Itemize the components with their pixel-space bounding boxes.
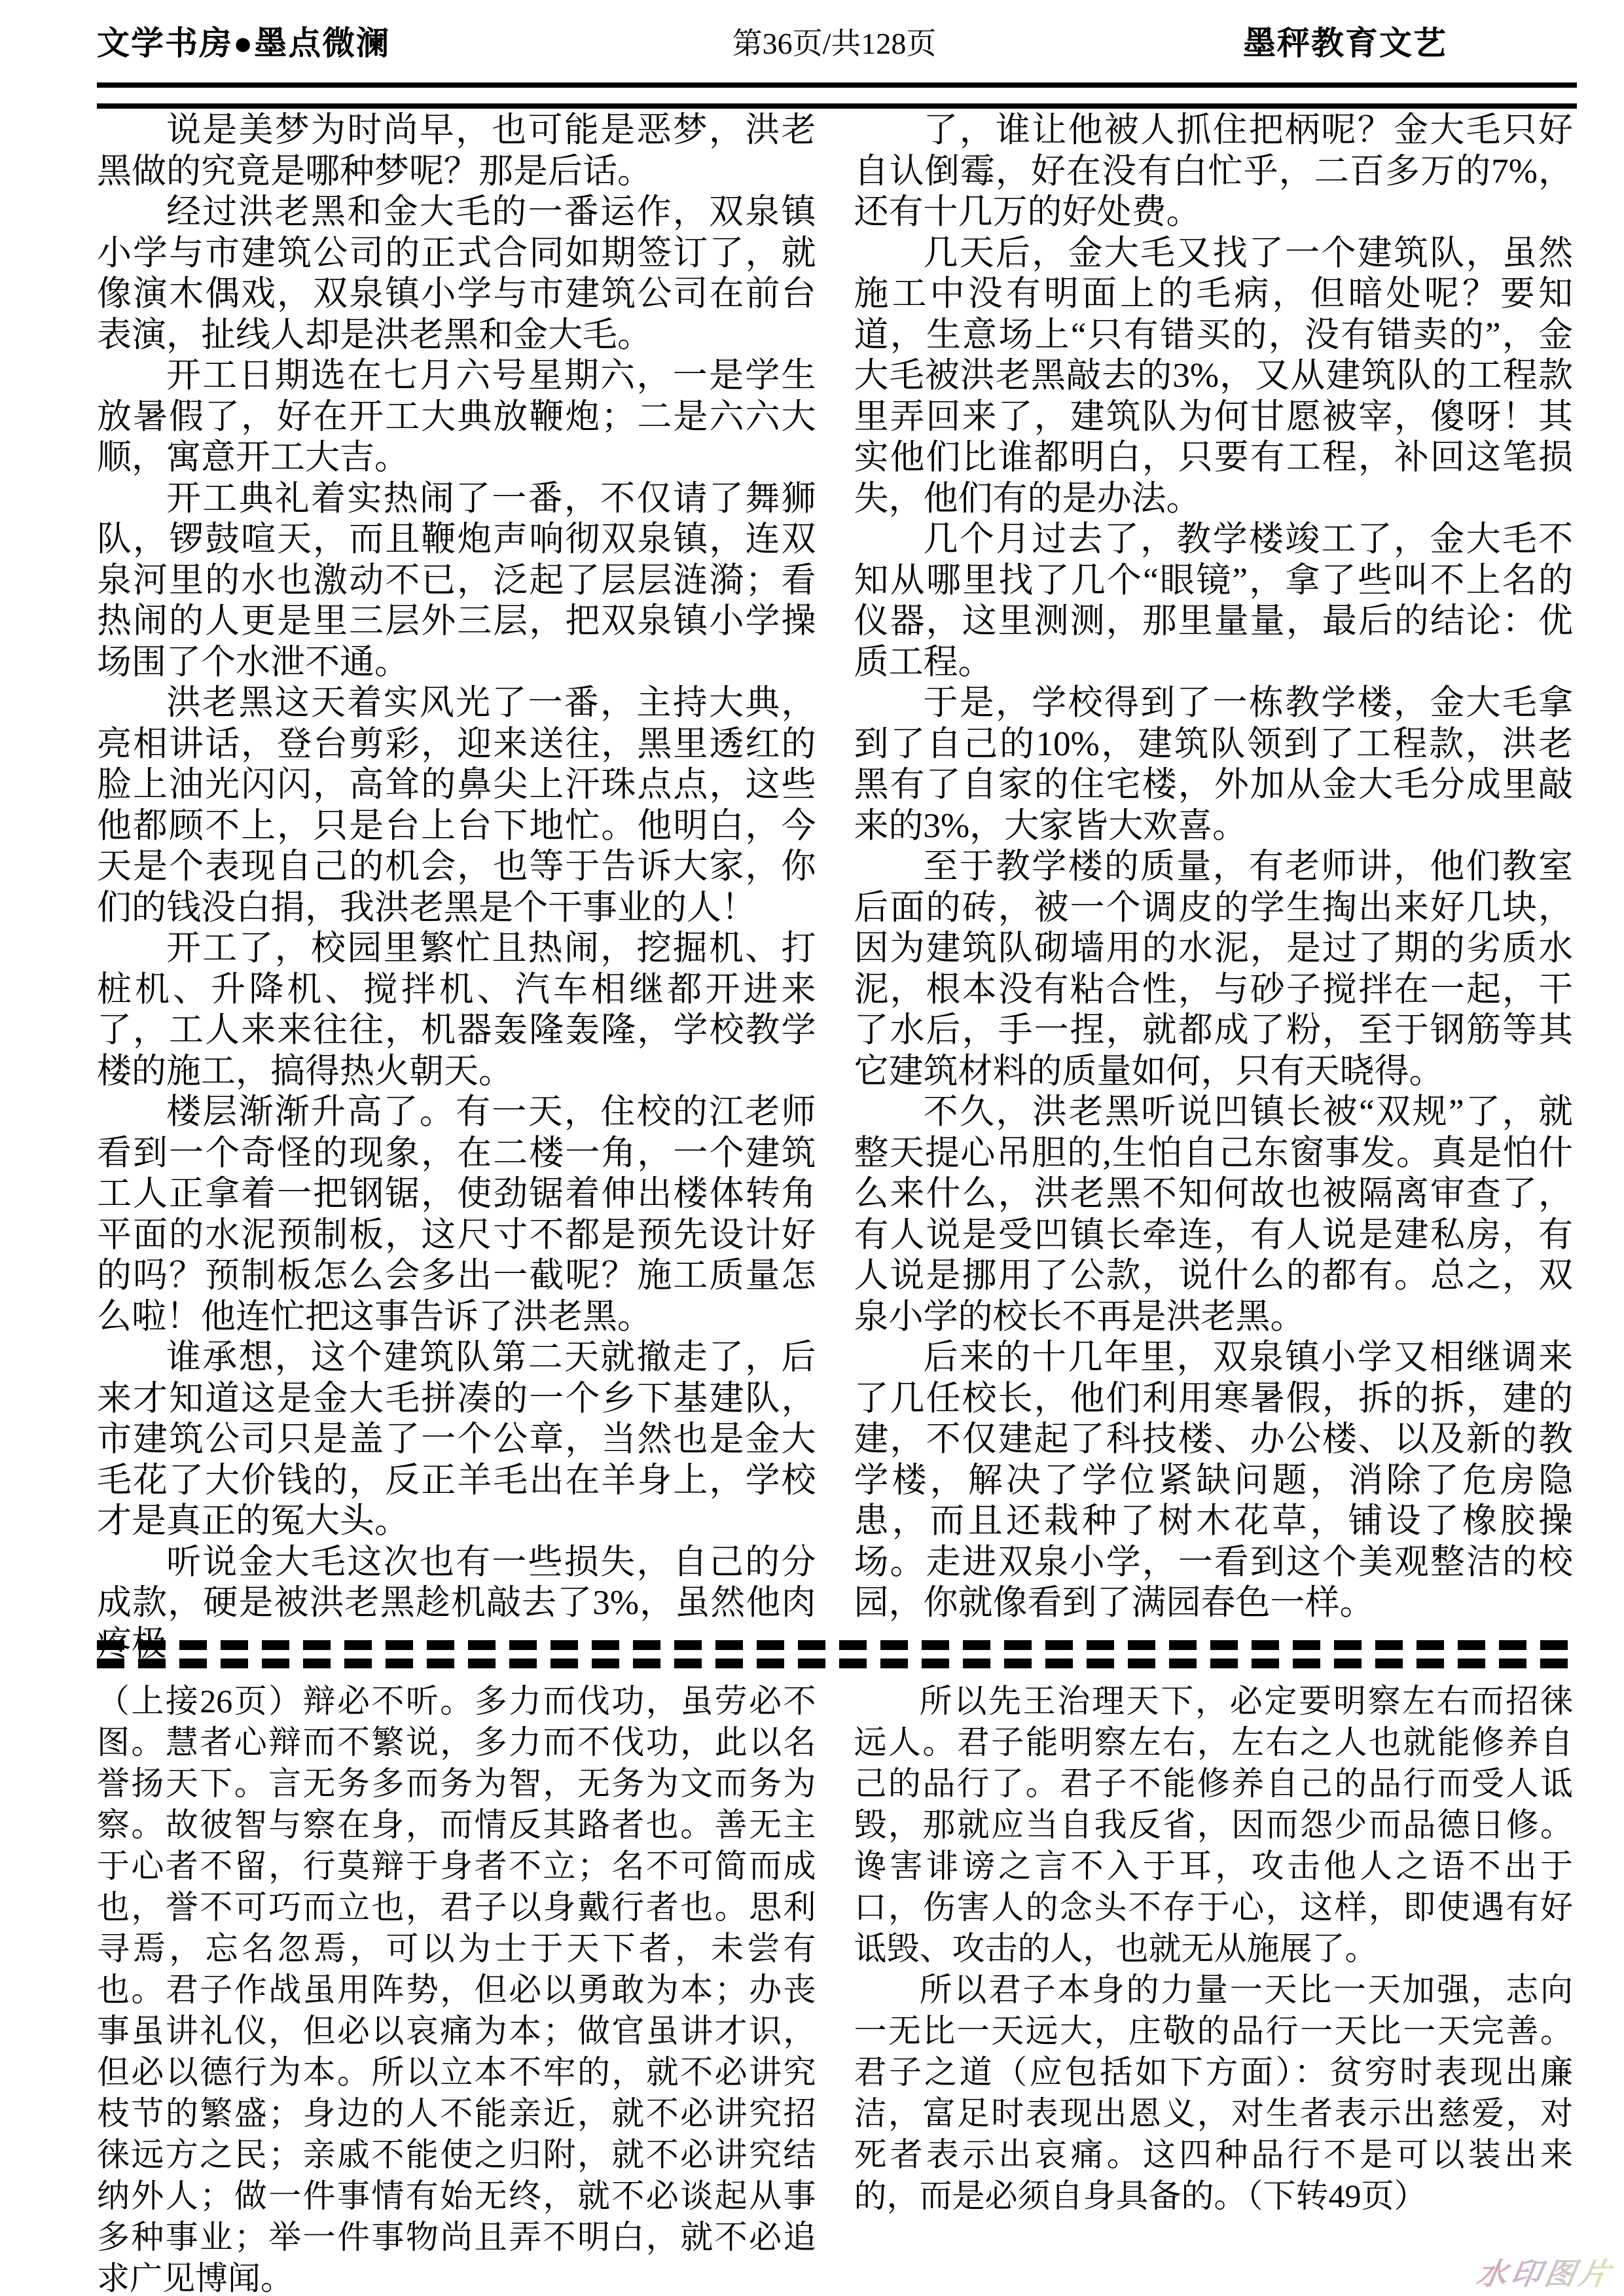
- watermark-text: 水印图片: [1473, 2250, 1617, 2293]
- story-right-column: 了，谁让他被人抓住把柄呢？金大毛只好自认倒霉，好在没有白忙乎，二百多万的7%，还…: [854, 110, 1574, 1664]
- paragraph: 几个月过去了，教学楼竣工了，金大毛不知从哪里找了几个“眼镜”，拿了些叫不上名的仪…: [854, 519, 1574, 683]
- paragraph: 谁承想，这个建筑队第二天就撤走了，后来才知道这是金大毛拼凑的一个乡下基建队，市建…: [97, 1337, 816, 1542]
- essay-left-column: （上接26页）辩必不听。多力而伐功，虽劳必不图。慧者心辩而不繁说，多力而不伐功，…: [97, 1681, 816, 2296]
- paragraph: 不久，洪老黑听说凹镇长被“双规”了，就整天提心吊胆的,生怕自己东窗事发。真是怕什…: [854, 1092, 1574, 1337]
- paragraph: 开工典礼着实热闹了一番，不仅请了舞狮队，锣鼓喧天，而且鞭炮声响彻双泉镇，连双泉河…: [97, 478, 816, 683]
- story-right-paragraphs: 几天后，金大毛又找了一个建筑队，虽然施工中没有明面上的毛病，但暗处呢？要知道，生…: [854, 233, 1574, 1624]
- story-section: 说是美梦为时尚早，也可能是恶梦，洪老黑做的究竟是哪种梦呢？那是后话。经过洪老黑和…: [97, 110, 1573, 1664]
- paragraph: 几天后，金大毛又找了一个建筑队，虽然施工中没有明面上的毛病，但暗处呢？要知道，生…: [854, 233, 1574, 520]
- dashed-section-separator: [97, 1640, 1578, 1668]
- header-publication-title: 墨秤教育文艺: [1243, 17, 1447, 64]
- header-double-rule: [97, 82, 1577, 109]
- dash-row-top: [97, 1640, 1578, 1650]
- dash-row-bottom: [97, 1659, 1578, 1668]
- paragraph: 至于教学楼的质量，有老师讲，他们教室后面的砖，被一个调皮的学生掏出来好几块，因为…: [854, 846, 1574, 1092]
- magazine-page: 文学书房●墨点微澜 第36页/共128页 墨秤教育文艺 说是美梦为时尚早，也可能…: [0, 0, 1624, 2296]
- essay-right-paragraphs: 所以先王治理天下，必定要明察左右而招徕远人。君子能明察左右，左右之人也就能修养自…: [854, 1681, 1574, 2217]
- paragraph: 开工日期选在七月六号星期六，一是学生放暑假了，好在开工大典放鞭炮；二是六六大顺，…: [97, 355, 816, 478]
- paragraph: 后来的十几年里，双泉镇小学又相继调来了几任校长，他们利用寒暑假，拆的拆，建的建，…: [854, 1337, 1574, 1624]
- essay-continued-text: （上接26页）辩必不听。多力而伐功，虽劳必不图。慧者心辩而不繁说，多力而不伐功，…: [97, 1681, 816, 2296]
- essay-section: （上接26页）辩必不听。多力而伐功，虽劳必不图。慧者心辩而不繁说，多力而不伐功，…: [97, 1681, 1573, 2296]
- paragraph: 开工了，校园里繁忙且热闹，挖掘机、打桩机、升降机、搅拌机、汽车相继都开进来了，工…: [97, 928, 816, 1092]
- paragraph: 洪老黑这天着实风光了一番，主持大典，亮相讲话，登台剪彩，迎来送往，黑里透红的脸上…: [97, 683, 816, 928]
- page-header: 文学书房●墨点微澜 第36页/共128页 墨秤教育文艺: [97, 17, 1572, 64]
- paragraph: 于是，学校得到了一栋教学楼，金大毛拿到了自己的10%，建筑队领到了工程款，洪老黑…: [854, 683, 1574, 846]
- story-left-paragraphs: 说是美梦为时尚早，也可能是恶梦，洪老黑做的究竟是哪种梦呢？那是后话。经过洪老黑和…: [97, 110, 816, 1664]
- paragraph: 经过洪老黑和金大毛的一番运作，双泉镇小学与市建筑公司的正式合同如期签订了，就像演…: [97, 192, 816, 355]
- story-continuation-paragraph: 了，谁让他被人抓住把柄呢？金大毛只好自认倒霉，好在没有白忙乎，二百多万的7%，还…: [854, 110, 1574, 233]
- paragraph: 所以君子本身的力量一天比一天加强，志向一无比一天远大，庄敬的品行一天比一天完善。…: [854, 1969, 1574, 2217]
- paragraph: 说是美梦为时尚早，也可能是恶梦，洪老黑做的究竟是哪种梦呢？那是后话。: [97, 110, 816, 192]
- story-left-column: 说是美梦为时尚早，也可能是恶梦，洪老黑做的究竟是哪种梦呢？那是后话。经过洪老黑和…: [97, 110, 816, 1664]
- paragraph: 所以先王治理天下，必定要明察左右而招徕远人。君子能明察左右，左右之人也就能修养自…: [854, 1681, 1574, 1969]
- essay-right-column: 所以先王治理天下，必定要明察左右而招徕远人。君子能明察左右，左右之人也就能修养自…: [854, 1681, 1574, 2296]
- paragraph: 楼层渐渐升高了。有一天，住校的江老师看到一个奇怪的现象，在二楼一角，一个建筑工人…: [97, 1092, 816, 1337]
